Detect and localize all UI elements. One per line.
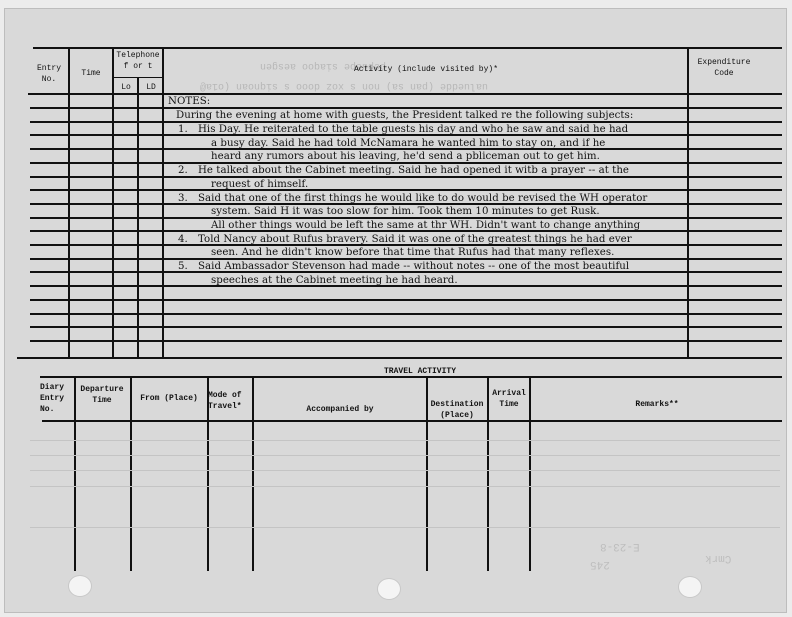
note-number: 3. xyxy=(178,193,188,205)
note-number: 5. xyxy=(178,261,188,273)
note-line: Said Ambassador Stevenson had made -- wi… xyxy=(198,261,629,273)
table-row-line xyxy=(30,340,782,342)
table-row-line xyxy=(30,299,782,301)
notes-heading: NOTES: xyxy=(168,96,210,108)
header-mode-of-travel: Mode of Travel* xyxy=(208,390,252,412)
header-time: Time xyxy=(70,68,112,79)
header-activity: Activity (include visited by)* xyxy=(165,64,687,75)
notes-intro: During the evening at home with guests, … xyxy=(176,110,633,122)
table-row-line xyxy=(30,189,782,191)
header-expenditure-code-text: Expenditure Code xyxy=(698,58,751,78)
header-remarks: Remarks** xyxy=(532,399,782,410)
header-expenditure-code: Expenditure Code xyxy=(690,57,758,79)
punch-hole xyxy=(377,578,401,600)
note-line: He talked about the Cabinet meeting. Sai… xyxy=(198,165,629,177)
table-row-line xyxy=(30,326,782,328)
header-telephone: Telephone f or t xyxy=(114,50,162,72)
header-diary-entry-no: Diary Entry No. xyxy=(40,382,72,415)
header-arrival-time: Arrival Time xyxy=(488,388,530,410)
header-departure-time: Departure Time xyxy=(76,384,128,406)
header-from-place: From (Place) xyxy=(132,393,206,404)
handwritten-mark: 245 xyxy=(590,558,610,570)
header-lo: Lo xyxy=(114,82,138,93)
header-diary-entry-no-text: Diary Entry No. xyxy=(40,383,64,414)
bleed-through-text: ualuedde (pan sa) non s xoz dooo s siqno… xyxy=(200,80,488,91)
handwritten-mark: Cmrk xyxy=(705,552,731,564)
punch-hole xyxy=(68,575,92,597)
note-line: speeches at the Cabinet meeting he had h… xyxy=(211,275,458,287)
table-row-line xyxy=(30,107,782,109)
note-line: system. Said H it was too slow for him. … xyxy=(211,206,600,218)
note-line: seen. And he didn't know before that tim… xyxy=(211,247,614,259)
note-line: request of himself. xyxy=(211,179,308,191)
note-number: 1. xyxy=(178,124,188,136)
note-line: a busy day. Said he had told McNamara he… xyxy=(211,138,605,150)
note-line: heard any rumors about his leaving, he'd… xyxy=(211,151,600,163)
note-line: All other things would be left the same … xyxy=(211,220,640,232)
note-line: Told Nancy about Rufus bravery. Said it … xyxy=(198,234,632,246)
diary-page xyxy=(4,8,787,613)
note-number: 2. xyxy=(178,165,188,177)
note-line: Said that one of the first things he wou… xyxy=(198,193,647,205)
handwritten-mark: E-23-8 xyxy=(600,540,640,552)
note-line: His Day. He reiterated to the table gues… xyxy=(198,124,628,136)
header-entry-no: Entry No. xyxy=(30,63,68,85)
table-row-line xyxy=(30,313,782,315)
note-number: 4. xyxy=(178,234,188,246)
header-destination: Destination (Place) xyxy=(428,399,486,421)
punch-hole xyxy=(678,576,702,598)
header-accompanied-by: Accompanied by xyxy=(254,404,426,415)
header-ld: LD xyxy=(139,82,163,93)
